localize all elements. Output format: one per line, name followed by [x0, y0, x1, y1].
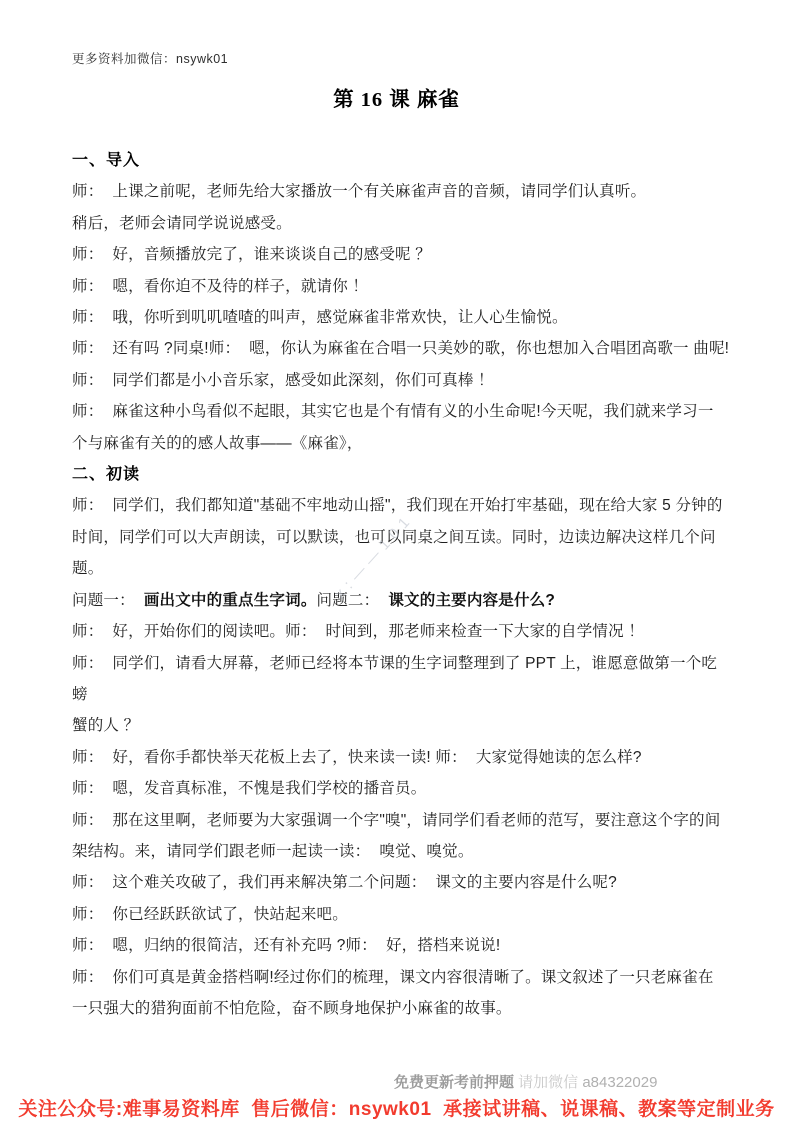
section-heading-first-read: 二、初读 — [72, 459, 730, 490]
dialogue-line: 师： 嗯，发音真标准，不愧是我们学校的播音员。 — [72, 773, 730, 804]
dialogue-line: 师： 你们可真是黄金搭档啊!经过你们的梳理，课文内容很清晰了。课文叙述了一只老麻… — [72, 962, 730, 993]
section-heading-intro: 一、导入 — [72, 145, 730, 176]
dialogue-line-wrap: 架结构。来，请同学们跟老师一起读一读： 嗅觉、嗅觉。 — [72, 836, 730, 867]
dialogue-line: 师： 嗯，看你迫不及待的样子，就请你 ！ — [72, 271, 730, 302]
dialogue-line: 师： 嗯，归纳的很简洁，还有补充吗 ?师： 好，搭档来说说! — [72, 930, 730, 961]
problem-one-text: 画出文中的重点生字词。 — [144, 592, 317, 609]
dialogue-line-wrap: 蟹的人 ？ — [72, 710, 730, 741]
problem-two-text: 课文的主要内容是什么? — [388, 592, 555, 609]
dialogue-line: 稍后，老师会请同学说说感受。 — [72, 208, 730, 239]
dialogue-line: 师： 那在这里啊，老师要为大家强调一个字"嗅"，请同学们看老师的范写，要注意这个… — [72, 805, 730, 836]
dialogue-line: 师： 同学们都是小小音乐家，感受如此深刻，你们可真棒 ！ — [72, 365, 730, 396]
footer-wechat-id: a84322029 — [582, 1074, 657, 1091]
problems-line: 问题一： 画出文中的重点生字词。问题二： 课文的主要内容是什么? — [72, 585, 730, 616]
dialogue-line: 师： 麻雀这种小鸟看似不起眼，其实它也是个有情有义的小生命呢!今天呢，我们就来学… — [72, 396, 730, 427]
dialogue-line-wrap: 一只强大的猎狗面前不怕危险，奋不顾身地保护小麻雀的故事。 — [72, 993, 730, 1024]
footer-watermark: 免费更新考前押题 请加微信 a84322029 — [394, 1071, 657, 1092]
dialogue-line: 师： 你已经跃跃欲试了，快站起来吧。 — [72, 899, 730, 930]
footer-wechat-label: 请加微信 — [518, 1074, 582, 1091]
problem-two-label: 问题二： — [317, 592, 389, 609]
bottom-promo-banner: 关注公众号:难事易资料库 售后微信：nsywk01 承接试讲稿、说课稿、教案等定… — [0, 1093, 793, 1122]
problem-one-label: 问题一： — [72, 592, 144, 609]
dialogue-line: 师： 同学们，请看大屏幕，老师已经将本节课的生字词整理到了 PPT 上，谁愿意做… — [72, 648, 730, 711]
dialogue-line: 师： 好，音频播放完了，谁来谈谈自己的感受呢 ？ — [72, 239, 730, 270]
dialogue-line: 师： 还有吗 ?同桌!师： 嗯，你认为麻雀在合唱一只美妙的歌，你也想加入合唱团高… — [72, 333, 730, 364]
dialogue-line: 师： 这个难关攻破了，我们再来解决第二个问题： 课文的主要内容是什么呢? — [72, 867, 730, 898]
document-page: 更多资料加微信：nsywk01 第 16 课 麻雀 一、导入 师： 上课之前呢，… — [0, 0, 793, 1122]
top-wechat-note: 更多资料加微信：nsywk01 — [72, 49, 228, 67]
document-body: 一、导入 师： 上课之前呢，老师先给大家播放一个有关麻雀声音的音频，请同学们认真… — [72, 145, 730, 1024]
dialogue-line-wrap: 题。 — [72, 553, 730, 584]
dialogue-line: 师： 上课之前呢，老师先给大家播放一个有关麻雀声音的音频，请同学们认真听。 — [72, 176, 730, 207]
dialogue-line: 师： 哦，你听到叽叽喳喳的叫声，感觉麻雀非常欢快，让人心生愉悦。 — [72, 302, 730, 333]
dialogue-line-wrap: 个与麻雀有关的的感人故事——《麻雀》， — [72, 428, 730, 459]
dialogue-line: 师： 好，开始你们的阅读吧。师： 时间到，那老师来检查一下大家的自学情况 ！ — [72, 616, 730, 647]
footer-promo-text: 免费更新考前押题 — [394, 1074, 518, 1091]
dialogue-line-wrap: 时间，同学们可以大声朗读，可以默读，也可以同桌之间互读。同时，边读边解决这样几个… — [72, 522, 730, 553]
lesson-title: 第 16 课 麻雀 — [0, 82, 793, 112]
dialogue-line: 师： 同学们，我们都知道"基础不牢地动山摇"，我们现在开始打牢基础，现在给大家 … — [72, 490, 730, 521]
dialogue-line: 师： 好，看你手都快举天花板上去了，快来读一读! 师： 大家觉得她读的怎么样? — [72, 742, 730, 773]
